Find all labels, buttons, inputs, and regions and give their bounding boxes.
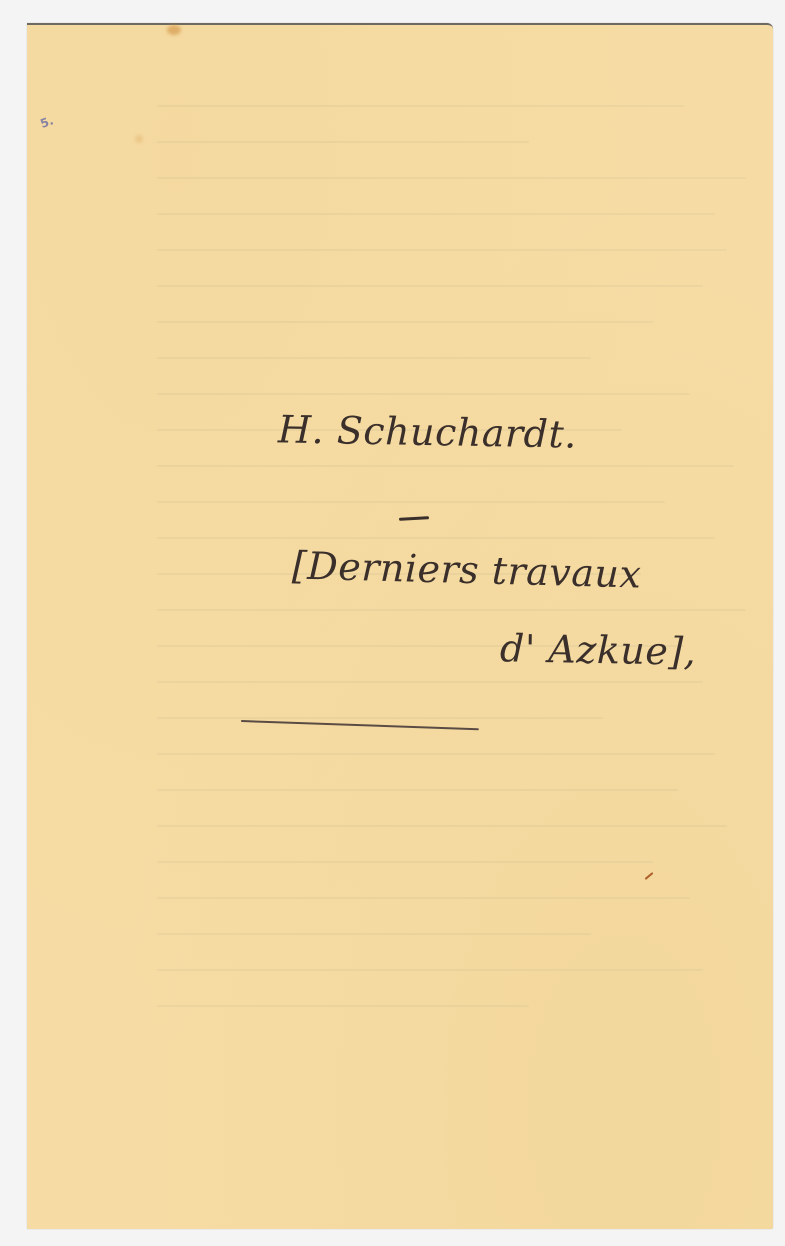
title-line-1: [Derniers travaux: [291, 543, 641, 596]
title-line-2: d' Azkue],: [500, 626, 697, 673]
author-name: H. Schuchardt.: [278, 407, 578, 456]
stain-left: [135, 135, 143, 143]
ink-speck: [645, 872, 654, 880]
paper-sheet: [27, 23, 773, 1229]
stain-top: [167, 25, 181, 35]
